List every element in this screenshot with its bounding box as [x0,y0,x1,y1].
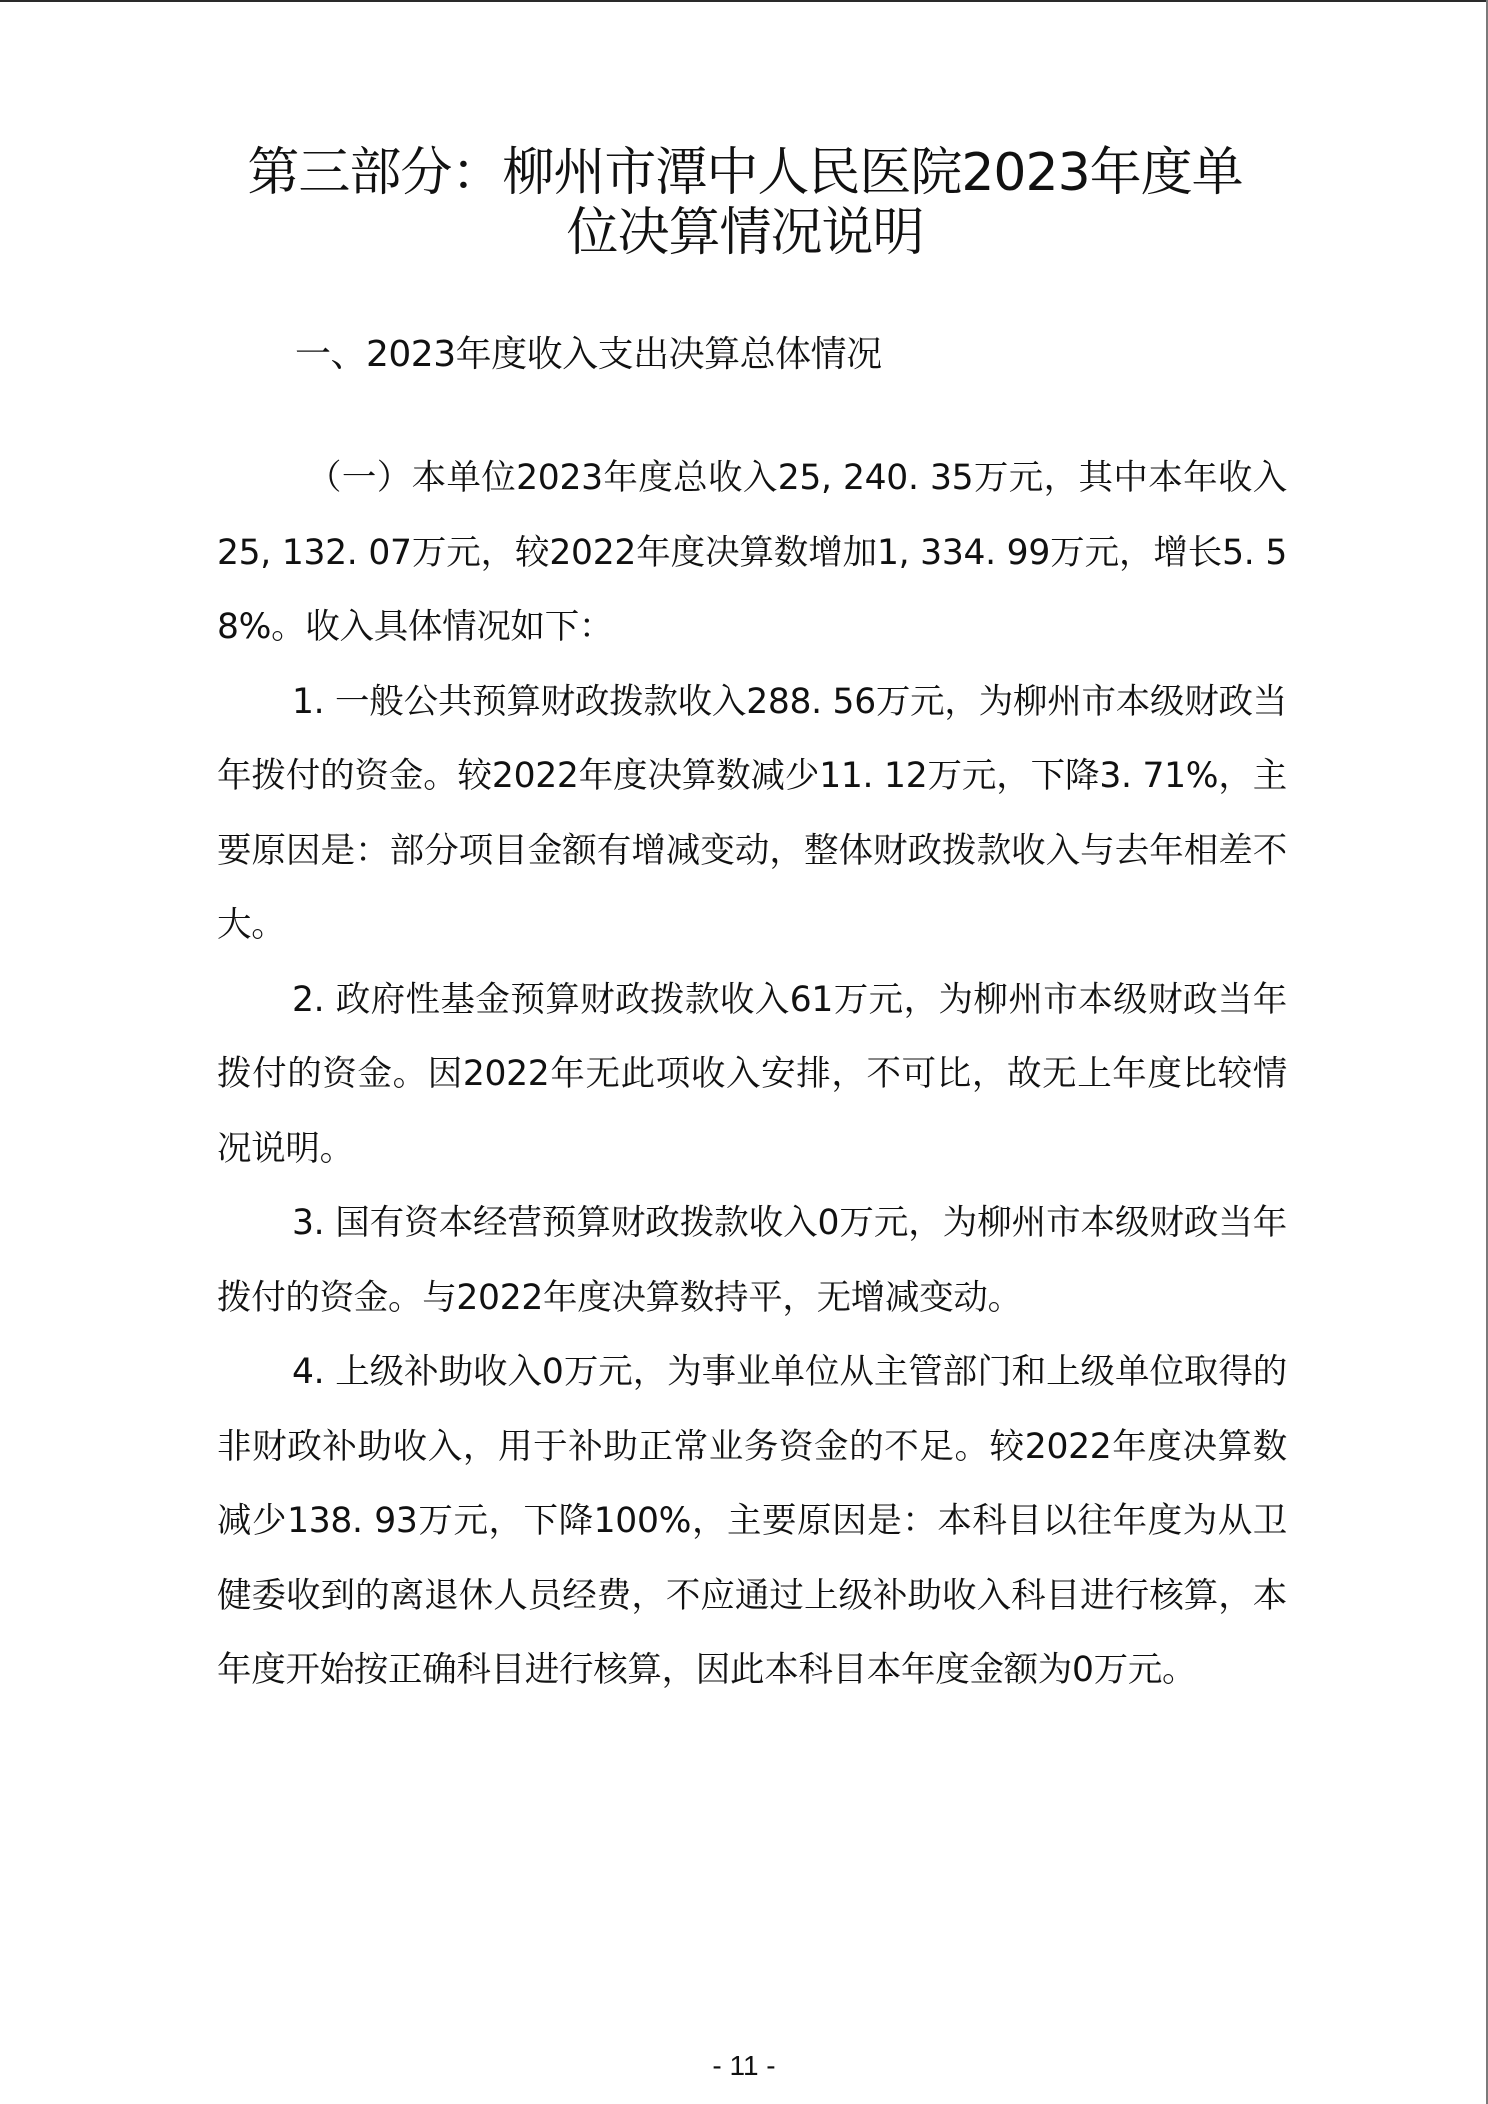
paragraph-item-1: 1. 一般公共预算财政拨款收入288. 56万元，为柳州市本级财政当年拨付的资金… [217,665,1287,963]
page-title-line-1: 第三部分：柳州市潭中人民医院2023年度单 [247,143,1242,203]
section-heading: 一、2023年度收入支出决算总体情况 [295,330,882,380]
page-title: 第三部分：柳州市潭中人民医院2023年度单 位决算情况说明 [180,143,1310,263]
paragraph-item-3: 3. 国有资本经营预算财政拨款收入0万元，为柳州市本级财政当年拨付的资金。与20… [217,1186,1287,1335]
paragraph-intro: （一）本单位2023年度总收入25, 240. 35万元，其中本年收入25, 1… [217,441,1287,665]
paragraph-item-2: 2. 政府性基金预算财政拨款收入61万元，为柳州市本级财政当年拨付的资金。因20… [217,963,1287,1187]
document-body: （一）本单位2023年度总收入25, 240. 35万元，其中本年收入25, 1… [217,441,1287,1708]
page-border-top [0,0,1488,2]
paragraph-item-4: 4. 上级补助收入0万元，为事业单位从主管部门和上级单位取得的非财政补助收入，用… [217,1335,1287,1708]
page-number: - 11 - [0,2050,1488,2082]
page-title-line-2: 位决算情况说明 [566,203,923,263]
